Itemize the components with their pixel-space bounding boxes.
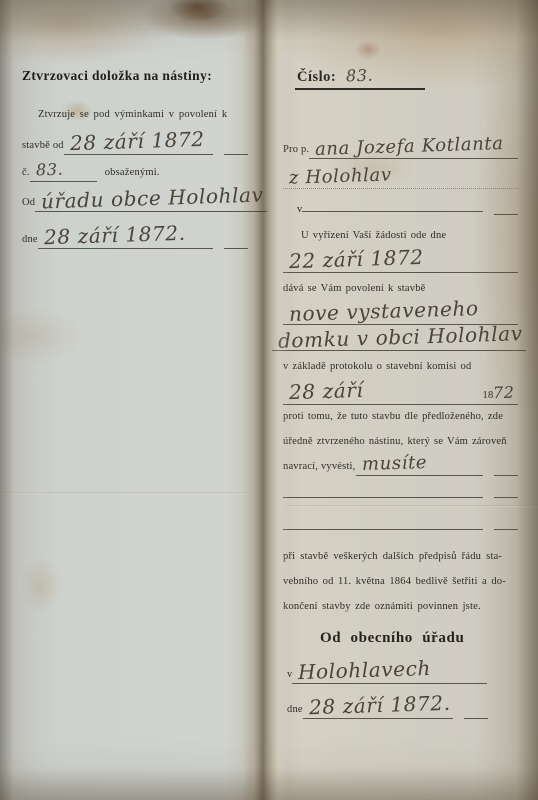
number-label: č. [22,167,30,178]
field-left-date: dne 28 září 1872. [22,225,248,249]
field-condition-value: navrací, vyvésti, musíte [283,455,518,476]
protocol-text: v základě protokolu o stavební komisi od [283,362,471,373]
number-suffix: obsaženými. [105,167,160,178]
paper-stain [20,555,60,615]
left-intro-text: Ztvrzuje se pod výminkami v povolení k [38,110,227,121]
condition-line-3: navrací, vyvésti, [283,461,356,472]
office-place-handwriting: Holohlavech [298,658,432,682]
field-residence: v [297,196,518,215]
left-page-title: Ztvrzovaci doložka na nástiny: [22,68,212,84]
field-built-from: stavbě od 28 září 1872 [22,131,248,155]
underline-segment [494,214,518,215]
blank-line-2 [283,514,518,530]
request-date-handwriting: 22 září 1872 [289,247,424,271]
field-office-place: v Holohlavech [287,660,487,684]
permit-subject-2-underline: domku v obci Holohlav [272,327,526,351]
blank-underline [283,514,483,530]
recipient-handwriting: ana Jozefa Kotlanta [315,135,504,159]
protocol-year-handwriting: 72 [493,385,515,402]
protocol-year-prefix: 18 [483,390,494,401]
protocol-date-underline: 28 září [283,381,439,405]
residence-underline [302,196,483,212]
underline-segment [224,248,248,249]
permit-subject-1-handwriting: nove vystaveneho [289,298,479,324]
blank-line-1 [283,482,518,498]
document-number-handwriting: 83. [346,68,374,85]
left-date-handwriting: 28 září 1872. [43,223,185,247]
underline-segment [494,497,518,498]
recipient-underline: ana Jozefa Kotlanta [309,138,518,159]
paper-stain [355,40,381,60]
field-request-date: 22 září 1872 [283,249,518,273]
field-number: č. 83. obsaženými. [22,162,248,182]
left-date-underline: 28 září 1872. [38,225,213,249]
protocol-date-handwriting: 28 září [289,380,364,402]
field-protocol-date: 28 září 1872 [283,381,518,405]
recipient-label: Pro p. [283,144,309,155]
built-from-underline: 28 září 1872 [64,131,213,155]
underline-segment [464,718,488,719]
permit-subject-2-handwriting: domku v obci Holohlav [278,323,523,351]
underline-segment [494,475,518,476]
issuer-label: Od [22,197,35,208]
built-from-label: stavbě od [22,140,64,151]
office-date-handwriting: 28 září 1872. [308,693,450,717]
regulations-line-2: vebního od 11. května 1864 bedlivě šetři… [283,577,506,588]
underline-segment [224,154,248,155]
office-heading: Od obecního úřadu [320,630,464,647]
issuer-handwriting: úřadu obce Holohlav [41,185,264,212]
condition-line-2: úředně ztvrzeného nástinu, který se Vám … [283,437,507,448]
recipient-place-underline: z Holohlav [283,168,518,189]
horizontal-crease [286,505,538,507]
request-text: U vyřízení Vaší žádosti ode dne [301,231,446,242]
number-handwriting: 83. [35,162,63,179]
paper-stain [168,0,228,22]
office-date-label: dne [287,704,303,715]
permit-text: dává se Vám povolení k stavbě [283,284,426,295]
horizontal-crease [0,492,248,494]
regulations-line-1: při stavbě veškerých dalších předpisů řá… [283,552,502,563]
condition-handwriting: musíte [361,454,427,474]
built-from-handwriting: 28 září 1872 [69,129,204,153]
condition-line-1: proti tomu, že tuto stavbu dle předložen… [283,412,503,423]
document-number-label: Číslo: [297,69,336,86]
issuer-underline: úřadu obce Holohlav [35,188,266,212]
condition-underline: musíte [356,455,483,476]
document-number-heading: Číslo: 83. [295,68,425,90]
field-recipient-place: z Holohlav [283,168,518,189]
recipient-place-handwriting: z Holohlav [289,166,392,187]
office-date-underline: 28 září 1872. [303,695,454,719]
left-date-label: dne [22,234,38,245]
underline-segment [494,529,518,530]
protocol-year-underline: 1872 [439,385,518,405]
office-place-underline: Holohlavech [292,660,487,684]
field-issuer: Od úřadu obce Holohlav [22,188,248,212]
regulations-line-3: končení stavby zde oznámiti povinnen jst… [283,602,481,613]
field-recipient: Pro p. ana Jozefa Kotlanta [283,138,518,159]
field-office-date: dne 28 září 1872. [287,695,487,719]
request-date-underline: 22 září 1872 [283,249,518,273]
blank-underline [283,482,483,498]
field-permit-subject-2: domku v obci Holohlav [272,327,518,351]
number-underline: 83. [30,162,97,182]
document-photo: Ztvrzovaci doložka na nástiny: Ztvrzuje … [0,0,538,800]
